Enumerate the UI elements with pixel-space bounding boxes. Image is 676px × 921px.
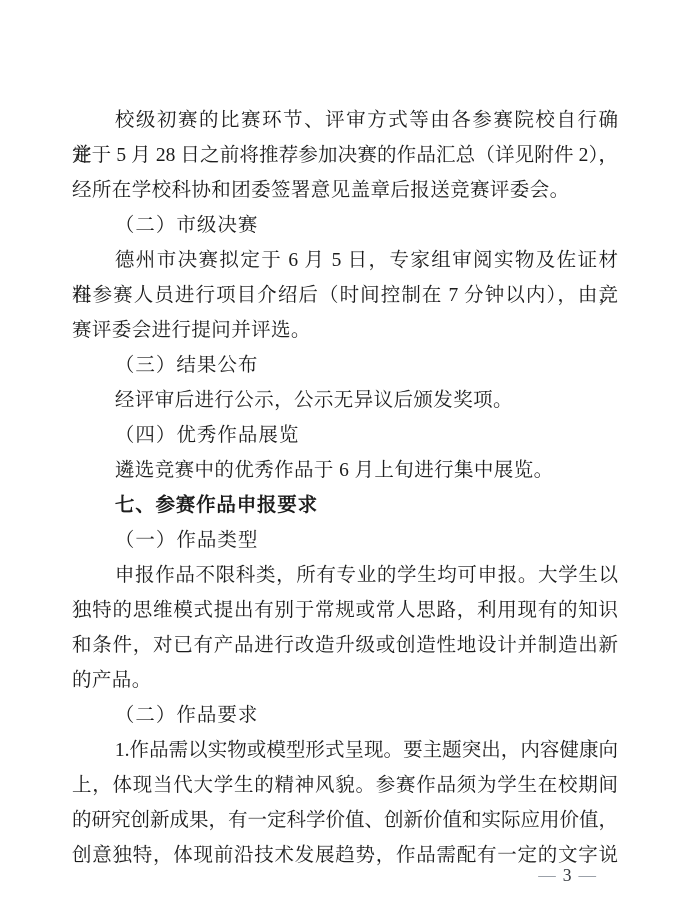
body-line: 德州市决赛拟定于 6 月 5 日，专家组审阅实物及佐证材料，: [72, 243, 618, 278]
body-line: 的研究创新成果，有一定科学价值、创新价值和实际应用价值，: [72, 803, 618, 838]
page-number-digit: 3: [563, 865, 572, 885]
body-line: 的产品。: [72, 663, 618, 698]
heading-work-requirements: （二）作品要求: [72, 698, 618, 733]
body-line: 在参赛人员进行项目介绍后（时间控制在 7 分钟以内），由竞: [72, 278, 618, 313]
body-line: 独特的思维模式提出有别于常规或常人思路，利用现有的知识: [72, 593, 618, 628]
page-number: —3—: [538, 862, 596, 888]
page-number-dash-left: —: [538, 865, 556, 885]
heading-work-type: （一）作品类型: [72, 523, 618, 558]
body-line: 申报作品不限科类，所有专业的学生均可申报。大学生以: [72, 558, 618, 593]
heading-excellent-works-exhibition: （四）优秀作品展览: [72, 418, 618, 453]
body-line: 和条件，对已有产品进行改造升级或创造性地设计并制造出新: [72, 628, 618, 663]
body-line: 遴选竞赛中的优秀作品于 6 月上旬进行集中展览。: [72, 453, 618, 488]
heading-entry-declaration-requirements: 七、参赛作品申报要求: [72, 488, 618, 523]
document-page: 校级初赛的比赛环节、评审方式等由各参赛院校自行确定， 并于 5 月 28 日之前…: [0, 0, 676, 921]
page-number-dash-right: —: [579, 865, 597, 885]
heading-result-announcement: （三）结果公布: [72, 348, 618, 383]
body-line: 经评审后进行公示，公示无异议后颁发奖项。: [72, 383, 618, 418]
body-line: 赛评委会进行提问并评选。: [72, 313, 618, 348]
heading-city-final-round: （二）市级决赛: [72, 208, 618, 243]
body-line: 并于 5 月 28 日之前将推荐参加决赛的作品汇总（详见附件 2），: [72, 138, 618, 173]
body-line: 创意独特，体现前沿技术发展趋势，作品需配有一定的文字说: [72, 838, 618, 873]
body-line: 经所在学校科协和团委签署意见盖章后报送竞赛评委会。: [72, 173, 618, 208]
body-line: 校级初赛的比赛环节、评审方式等由各参赛院校自行确定，: [72, 103, 618, 138]
document-body: 校级初赛的比赛环节、评审方式等由各参赛院校自行确定， 并于 5 月 28 日之前…: [72, 103, 618, 873]
body-line: 1.作品需以实物或模型形式呈现。要主题突出，内容健康向: [72, 733, 618, 768]
body-line: 上，体现当代大学生的精神风貌。参赛作品须为学生在校期间: [72, 768, 618, 803]
